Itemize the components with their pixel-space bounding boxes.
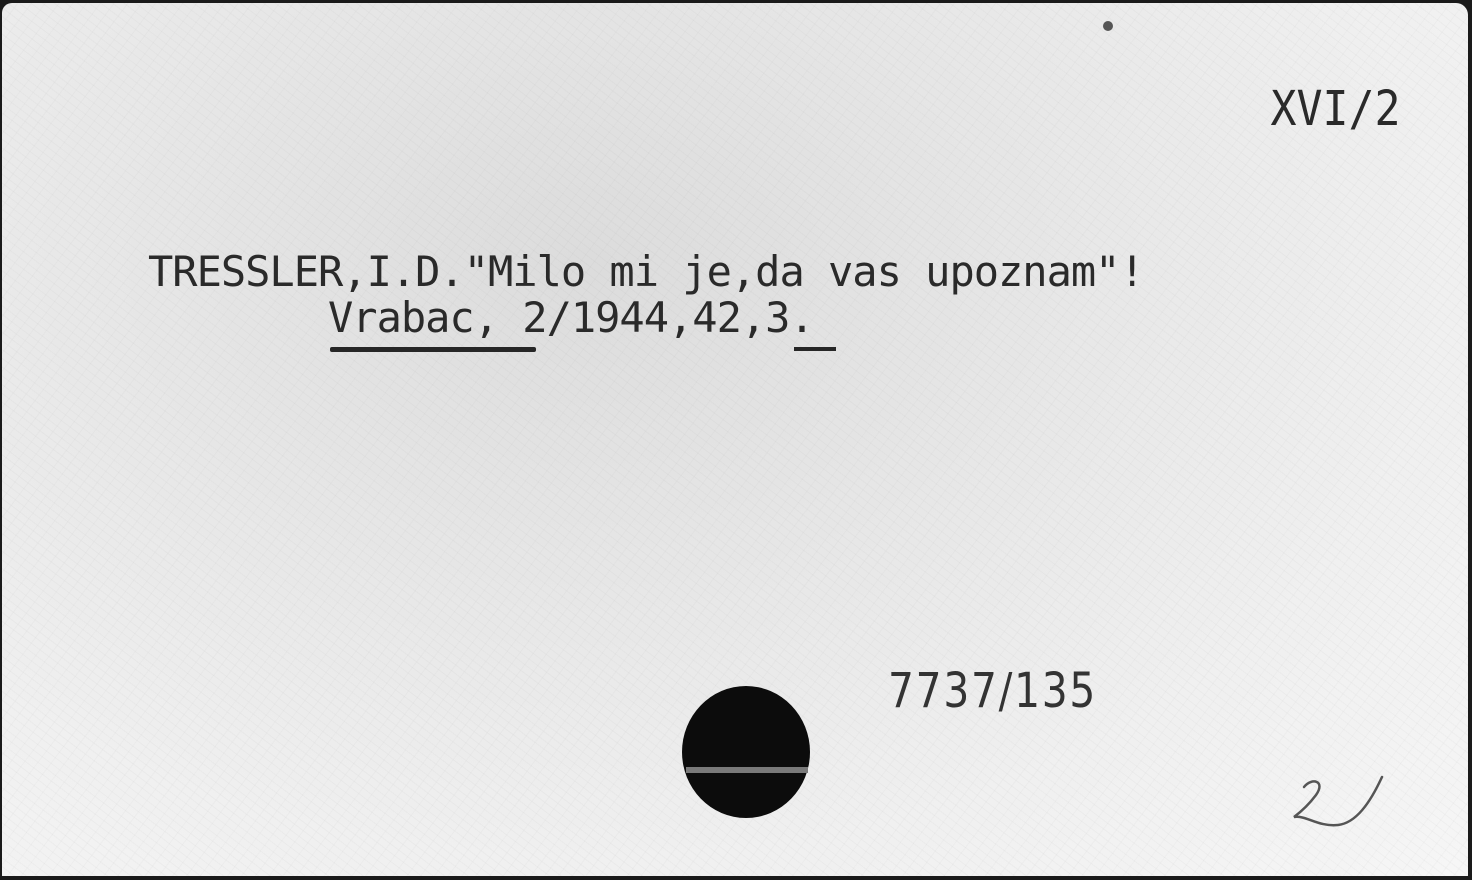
handwritten-note-icon bbox=[1282, 775, 1392, 835]
punch-hole bbox=[682, 686, 810, 818]
ink-speck bbox=[1103, 21, 1113, 31]
page-underline bbox=[794, 347, 836, 351]
classmark: XVI/2 bbox=[1270, 81, 1400, 137]
journal-underline bbox=[330, 347, 536, 352]
entry-author-title: TRESSLER,I.D."Milo mi je,da vas upoznam"… bbox=[148, 247, 1144, 296]
catalog-card: XVI/2 TRESSLER,I.D."Milo mi je,da vas up… bbox=[2, 3, 1468, 876]
entry-source: Vrabac, 2/1944,42,3. bbox=[328, 293, 814, 342]
accession-number: 7737/135 bbox=[888, 663, 1097, 719]
